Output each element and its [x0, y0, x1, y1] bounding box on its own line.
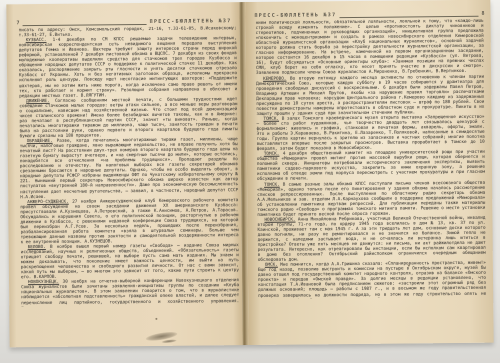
news-paragraph: нием политической лояльности, обязательн…: [256, 19, 485, 77]
right-page-header: ПРЕСС-БЮЛЛЕТЕНЬ №37 8: [254, 11, 484, 19]
paragraph-text: Во вторую пятницу каждого месяца активис…: [256, 74, 484, 117]
right-page-number: 8: [481, 11, 484, 17]
header-rule: [339, 12, 478, 18]
news-paragraph: НОВОКУЗНЕЦК. 30 ноября на отчетно-выборн…: [21, 278, 239, 306]
paragraph-text: 27 ноября Анжеросудженский клуб Кемеровс…: [20, 198, 238, 245]
news-paragraph: АНЖЕРО-СУДЖЕНСК. 27 ноября Анжеросудженс…: [20, 198, 238, 246]
ink-speck: [155, 318, 157, 320]
paragraph-text: В самые разные залы обкома КПСС поступал…: [257, 180, 485, 217]
paragraph-text: Мне помнится, когда А.А.Гришина сказала:…: [258, 261, 486, 299]
paragraph-text: Согласно сообщениям местной печати, с бо…: [19, 97, 237, 139]
bulletin-title: ПРЕСС-БЮЛЛЕТЕНЬ №37: [254, 12, 336, 19]
left-page-number: 7: [17, 20, 20, 26]
paragraph-text: 4 декабря общественный комитет на площад…: [257, 150, 485, 182]
ink-speck: [408, 264, 410, 266]
news-paragraph: ТОМСК. В самые разные залы обкома КПСС п…: [257, 180, 485, 218]
news-paragraph: ОБРАЩЕНИЕ. Разве, когда печатались много…: [20, 137, 239, 200]
news-paragraph: НОВОСИБИРСК. Анна Михайловна Ребрикова, …: [257, 216, 485, 264]
news-paragraph: ОМСК. Мне помнится, когда А.А.Гришина ск…: [258, 261, 486, 299]
news-paragraph: ДВИЖЕНИЕ. Согласно сообщениям местной пе…: [19, 97, 237, 139]
news-paragraph: ТОМСК. 4 декабря общественный комитет на…: [257, 150, 485, 182]
news-paragraph: КЕМЕРОВО. Во вторую пятницу каждого меся…: [256, 74, 484, 117]
paragraph-text: Анна Михайловна Ребрикова, участница Вел…: [257, 216, 485, 264]
right-page-body: нием политической лояльности, обязательн…: [256, 19, 487, 299]
paragraph-text: 1-4 декабря по СМ КПСС решаемые задачи т…: [19, 36, 237, 99]
scanned-spread: 7 ПРЕСС-БЮЛЛЕТЕНЬ №37 писать по адресу: …: [6, 0, 493, 347]
left-page-body: писать по адресу: Омск, Комсомольский го…: [19, 26, 240, 306]
left-page-header: 7 ПРЕСС-БЮЛЛЕТЕНЬ №37: [17, 18, 232, 26]
bulletin-title: ПРЕСС-БЮЛЛЕТЕНЬ №37: [150, 18, 232, 25]
news-paragraph: БЕЛОВО. В ноябре вышел первый номер газе…: [21, 243, 239, 280]
scanner-background: 7 ПРЕСС-БЮЛЛЕТЕНЬ №37 писать по адресу: …: [0, 0, 500, 363]
right-page: ПРЕСС-БЮЛЛЕТЕНЬ №37 8 нием политической …: [245, 0, 493, 345]
news-paragraph: КУЗБАСС. 1-4 декабря по СМ КПСС решаемые…: [19, 36, 238, 99]
header-rule: [23, 20, 147, 26]
paragraph-text: Разве, когда печатались многотиражные ти…: [20, 137, 238, 200]
left-page: 7 ПРЕСС-БЮЛЛЕТЕНЬ №37 писать по адресу: …: [6, 2, 242, 347]
news-paragraph: ТОМСК. В залах Томского краеведческого м…: [256, 115, 484, 153]
paragraph-text: В залах Томского краеведческого музея от…: [257, 115, 485, 152]
paragraph-text: нием политической лояльности, обязательн…: [256, 19, 484, 77]
paragraph-text: В ноябре вышел первый номер газеты «Своб…: [21, 243, 239, 280]
